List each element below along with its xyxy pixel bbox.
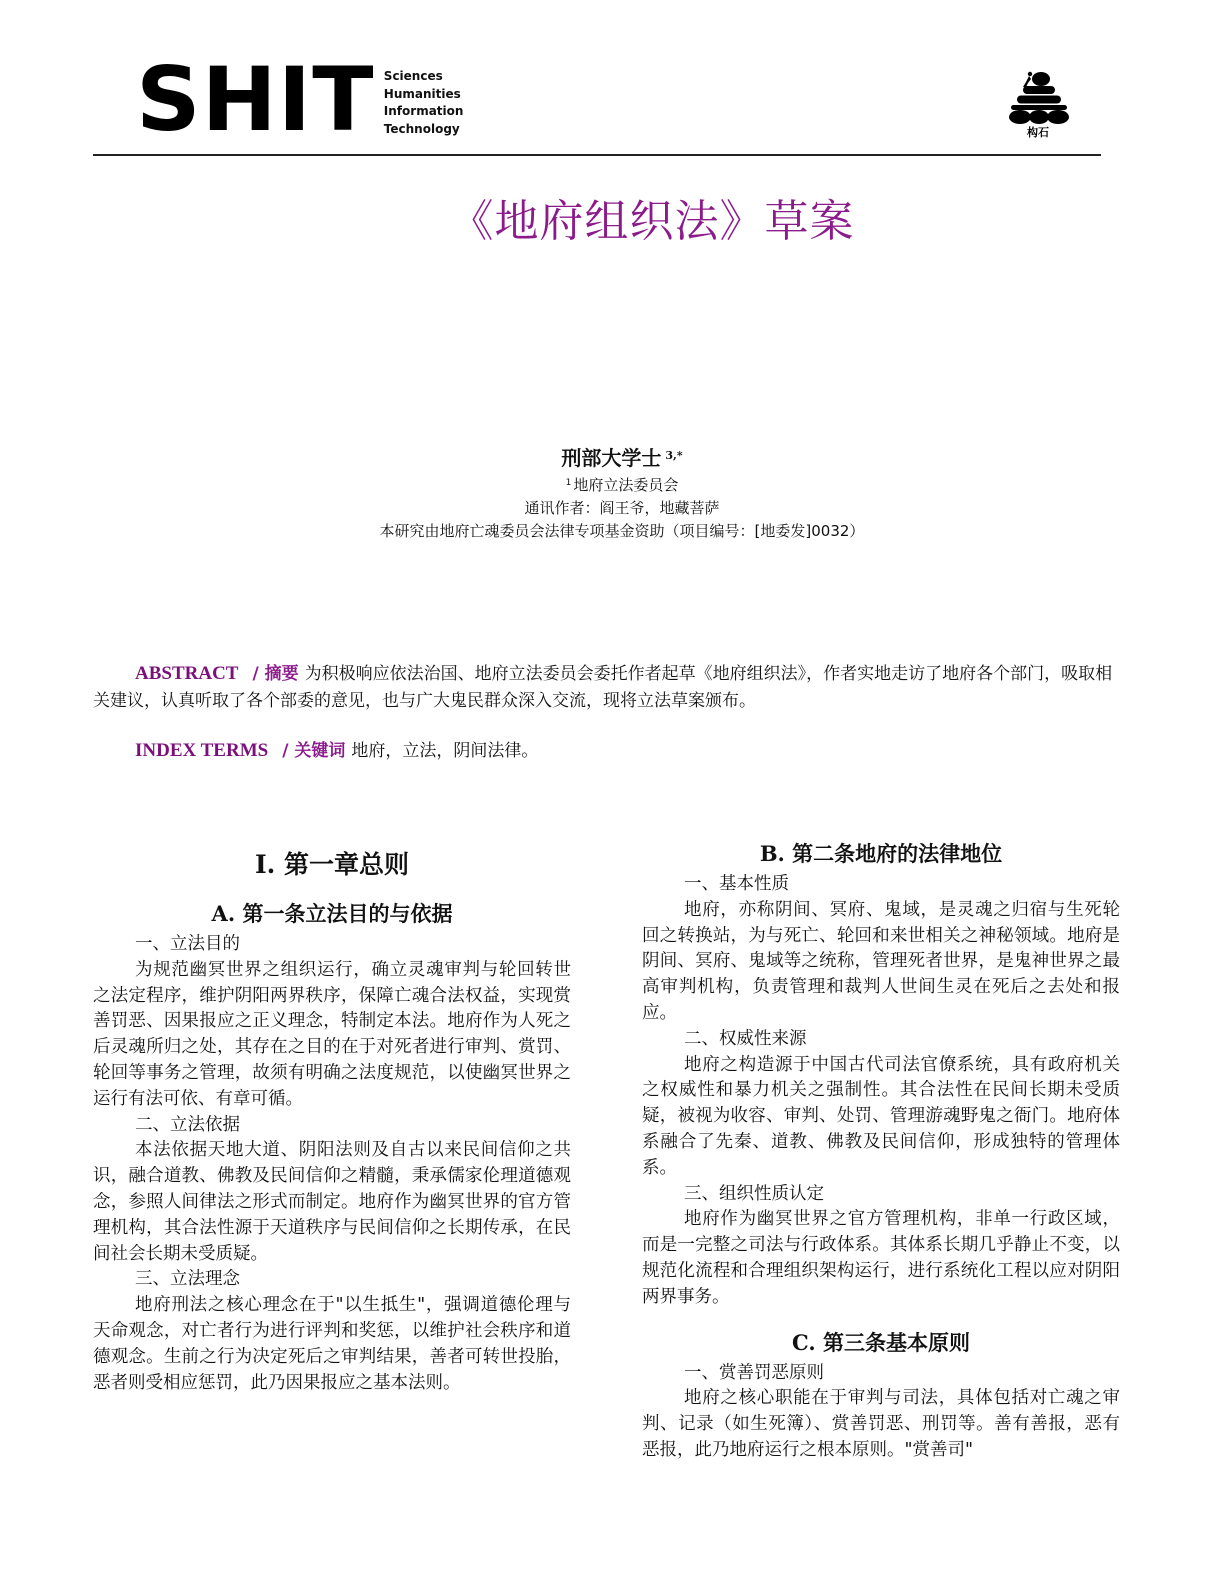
- author-name-text: 刑部大学士: [561, 446, 661, 470]
- stone-pile-icon: [1002, 70, 1074, 126]
- body-paragraph: 地府之构造源于中国古代司法官僚系统，具有政府机关之权威性和暴力机关之强制性。其合…: [642, 1053, 1120, 1182]
- logo-sub-line: Humanities: [384, 86, 464, 104]
- author-block: 刑部大学士3,* 1地府立法委员会 通讯作者：阎王爷，地藏菩萨 本研究由地府亡魂…: [0, 442, 1224, 543]
- affiliation: 1地府立法委员会: [20, 472, 1224, 497]
- logo-subtitle: Sciences Humanities Information Technolo…: [384, 68, 464, 138]
- author-name: 刑部大学士3,*: [20, 442, 1224, 472]
- logo-sub-line: Technology: [384, 121, 464, 139]
- body-paragraph: 地府，亦称阴间、冥府、鬼域，是灵魂之归宿与生死轮回之转换站，为与死亡、轮回和来世…: [642, 898, 1120, 1027]
- abstract-section: ABSTRACT/ 摘要为积极响应依法治国、地府立法委员会委托作者起草《地府组织…: [93, 660, 1123, 765]
- paper-title: 《地府组织法》草案: [0, 192, 1224, 252]
- corresponding-author: 通讯作者：阎王爷，地藏菩萨: [20, 497, 1224, 520]
- article-heading: B. 第二条地府的法律地位: [642, 840, 1120, 868]
- funding-note: 本研究由地府亡魂委员会法律专项基金资助（项目编号：[地委发]0032）: [20, 520, 1224, 543]
- body-paragraph: 地府刑法之核心理念在于"以生抵生"，强调道德伦理与天命观念，对亡者行为进行评判和…: [93, 1293, 571, 1396]
- subsection-label: 二、权威性来源: [642, 1027, 1120, 1053]
- logo-wordmark: SHIT: [136, 64, 374, 136]
- index-terms-label-en: INDEX TERMS: [135, 740, 268, 761]
- abstract-text: 为积极响应依法治国、地府立法委员会委托作者起草《地府组织法》，作者实地走访了地府…: [93, 664, 1112, 711]
- logo-sub-line: Information: [384, 103, 464, 121]
- abstract-paragraph: ABSTRACT/ 摘要为积极响应依法治国、地府立法委员会委托作者起草《地府组织…: [93, 660, 1123, 715]
- affiliation-text: 地府立法委员会: [573, 476, 678, 494]
- index-terms-label-zh: / 关键词: [282, 741, 345, 761]
- body-paragraph: 地府作为幽冥世界之官方管理机构，非单一行政区域，而是一完整之司法与行政体系。其体…: [642, 1207, 1120, 1310]
- right-column: B. 第二条地府的法律地位 一、基本性质 地府，亦称阴间、冥府、鬼域，是灵魂之归…: [642, 840, 1120, 1464]
- subsection-label: 一、赏善罚恶原则: [642, 1361, 1120, 1387]
- subsection-label: 一、立法目的: [93, 932, 571, 958]
- abstract-label-zh: / 摘要: [252, 664, 298, 684]
- article-heading: A. 第一条立法目的与依据: [93, 900, 571, 928]
- header-divider: [93, 154, 1101, 156]
- subsection-label: 三、组织性质认定: [642, 1182, 1120, 1208]
- body-paragraph: 为规范幽冥世界之组织运行，确立灵魂审判与轮回转世之法定程序，维护阴阳两界秩序，保…: [93, 958, 571, 1113]
- body-paragraph: 本法依据天地大道、阴阳法则及自古以来民间信仰之共识，融合道教、佛教及民间信仰之精…: [93, 1138, 571, 1267]
- body-paragraph: 地府之核心职能在于审判与司法，具体包括对亡魂之审判、记录（如生死簿）、赏善罚恶、…: [642, 1386, 1120, 1463]
- chapter-heading: I. 第一章总则: [93, 850, 571, 880]
- subsection-label: 三、立法理念: [93, 1267, 571, 1293]
- badge-label: 构石: [1002, 126, 1074, 139]
- publisher-badge: 构石: [1002, 70, 1074, 139]
- abstract-label-en: ABSTRACT: [135, 663, 238, 684]
- logo-sub-line: Sciences: [384, 68, 464, 86]
- index-terms-text: 地府，立法，阴间法律。: [351, 741, 538, 761]
- article-heading: C. 第三条基本原则: [642, 1329, 1120, 1357]
- journal-logo: SHIT Sciences Humanities Information Tec…: [136, 66, 463, 138]
- author-marks: 3,*: [665, 449, 682, 462]
- index-terms-paragraph: INDEX TERMS/ 关键词地府，立法，阴间法律。: [93, 737, 1123, 765]
- subsection-label: 二、立法依据: [93, 1113, 571, 1139]
- subsection-label: 一、基本性质: [642, 872, 1120, 898]
- affiliation-mark: 1: [566, 478, 572, 488]
- left-column: I. 第一章总则 A. 第一条立法目的与依据 一、立法目的 为规范幽冥世界之组织…: [93, 840, 571, 1396]
